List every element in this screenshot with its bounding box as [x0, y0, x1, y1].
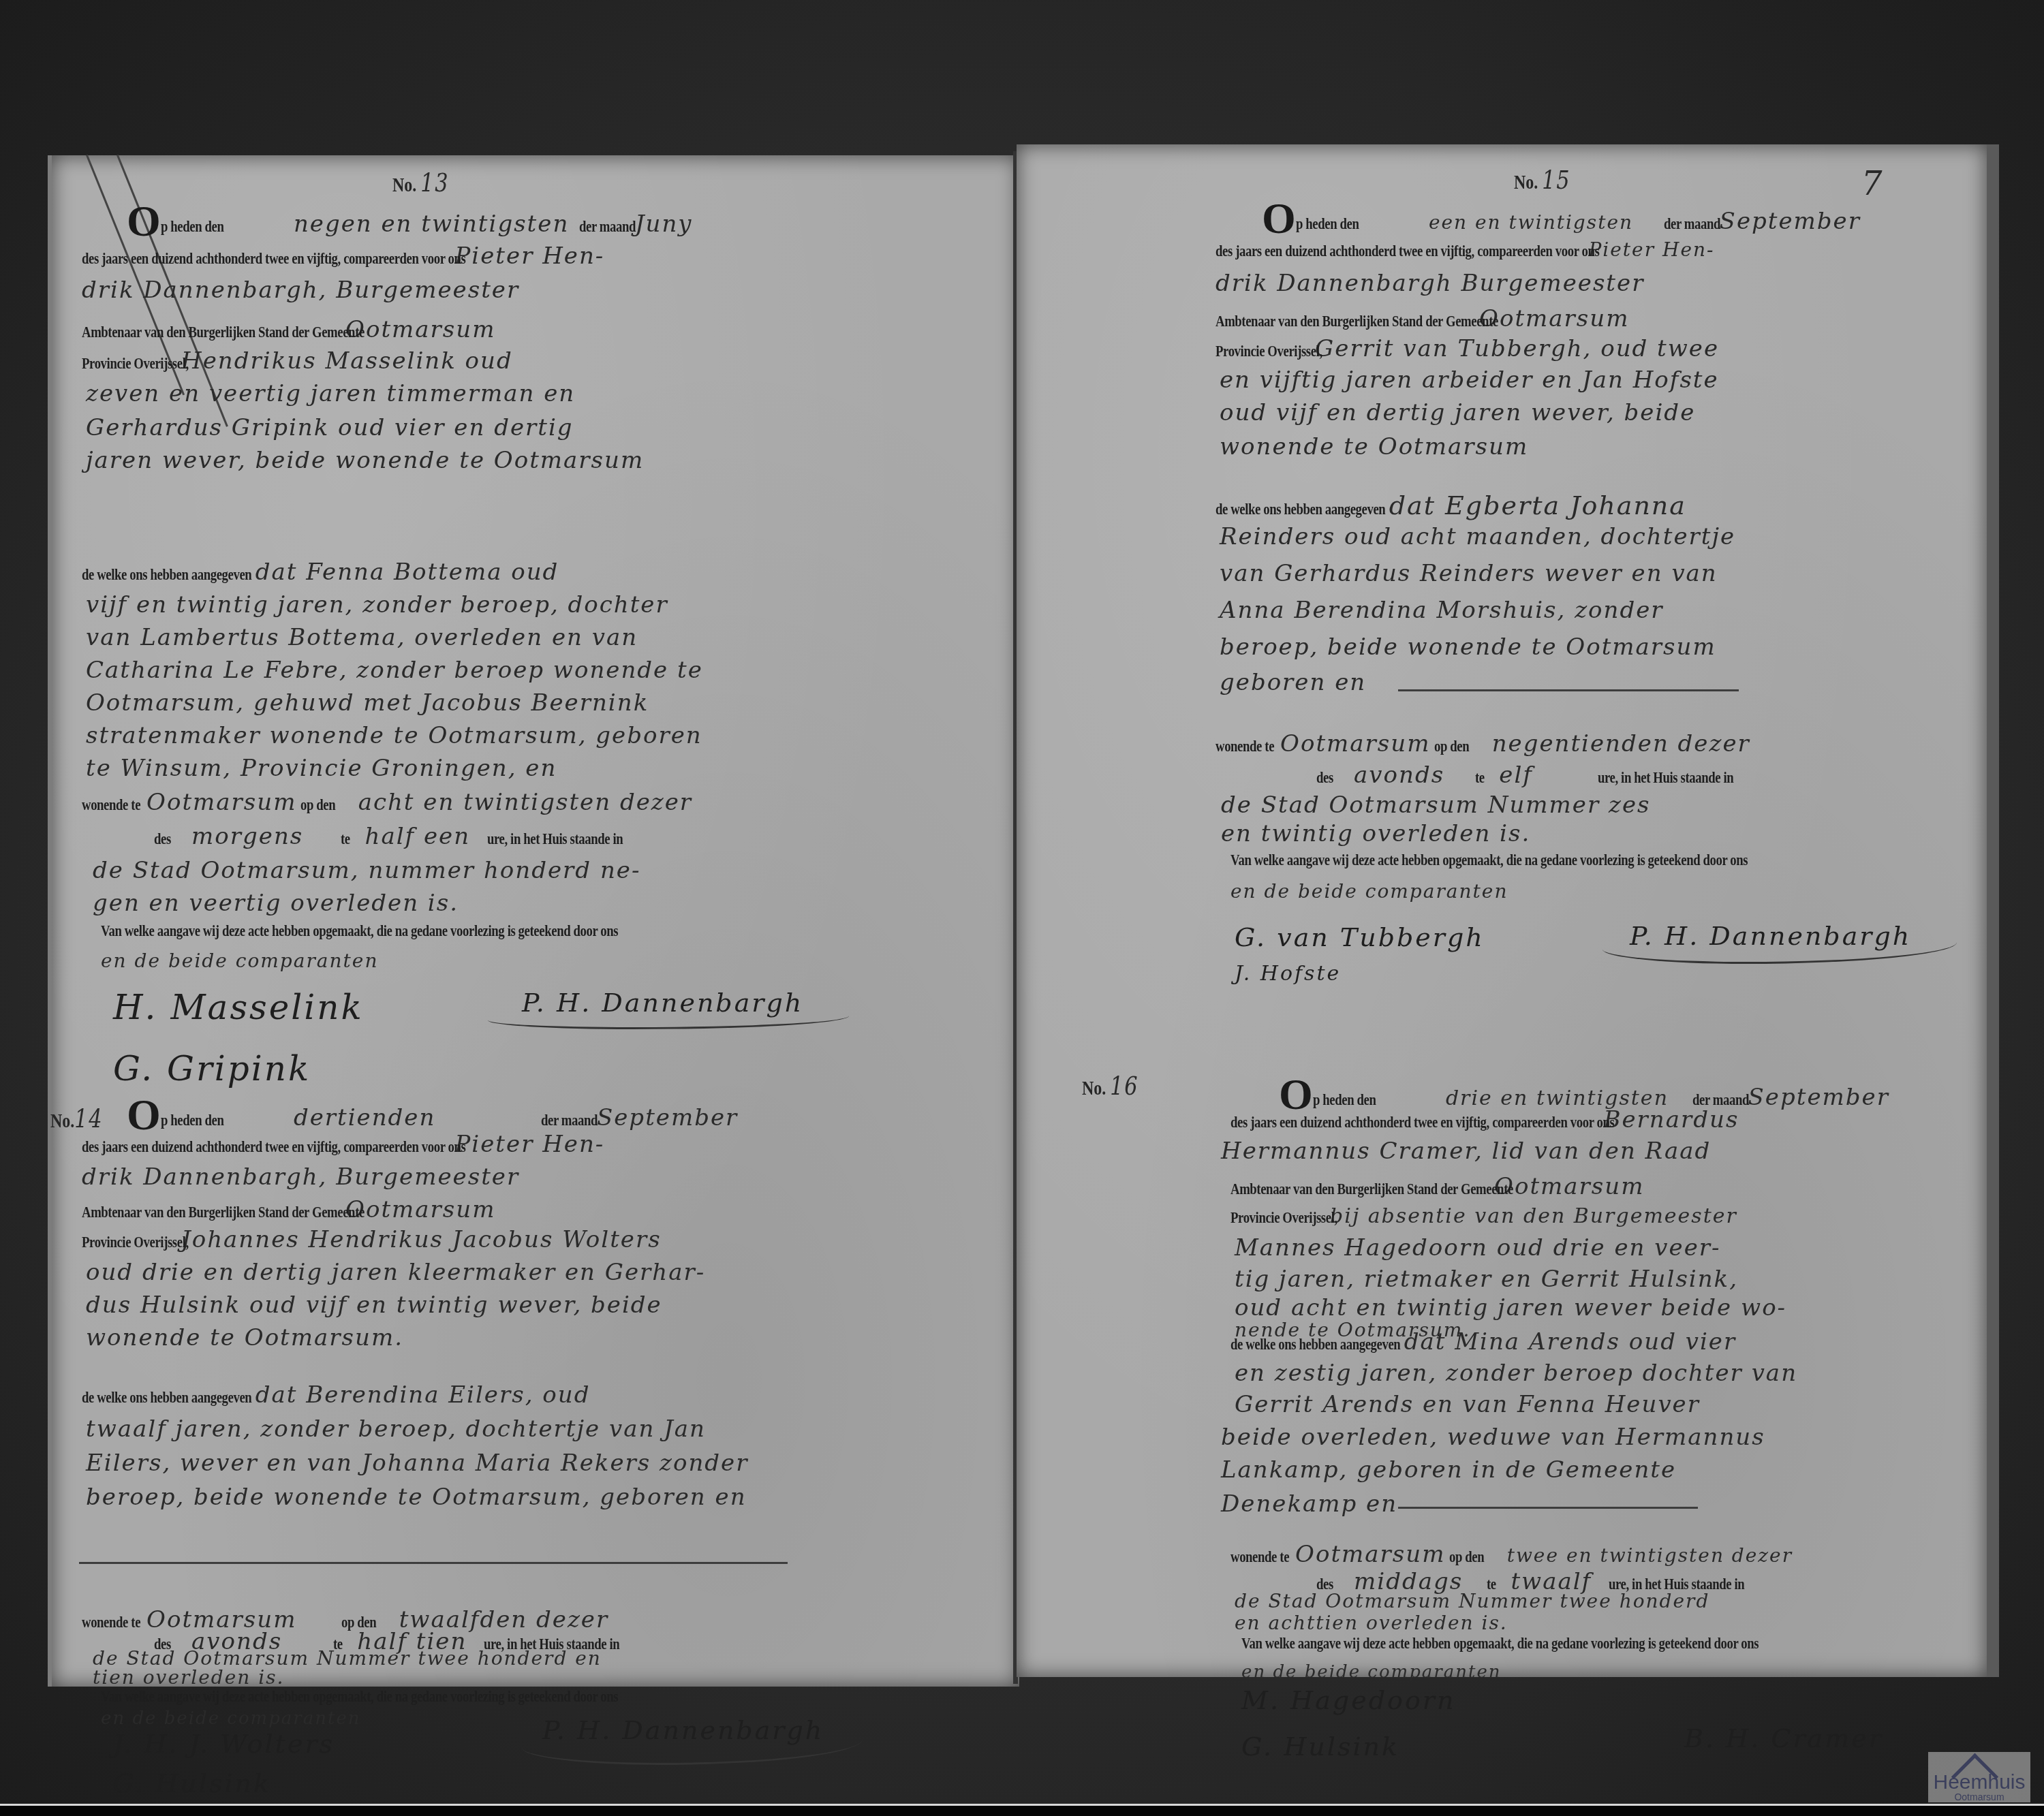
handwritten-day: negen en twintigsten: [294, 210, 569, 238]
handwritten-declaration-line: Ootmarsum, gehuwd met Jacobus Beernink: [86, 689, 649, 717]
form-line-ambtenaar: Ambtenaar van den Burgerlijken Stand der…: [1230, 1173, 1644, 1200]
handwritten-closing-note: en de beide comparanten: [1230, 880, 1508, 903]
fill-rule: [1398, 1507, 1698, 1509]
handwritten-witness-line: tig jaren, rietmaker en Gerrit Hulsink,: [1235, 1266, 1738, 1293]
handwritten-declaration-line: beroep, beide wonende te Ootmarsum, gebo…: [86, 1484, 747, 1511]
form-line-declared: de welke ons hebben aangegeven dat Beren…: [82, 1381, 590, 1409]
handwritten-official: Hermannus Cramer, lid van den Raad: [1221, 1138, 1711, 1165]
right-page: 7 No. 15 Op heden den een en twintigsten…: [1017, 144, 1999, 1677]
handwritten-declaration-line: van Lambertus Bottema, overleden en van: [86, 624, 638, 651]
form-line-ambtenaar: Ambtenaar van den Burgerlijken Stand der…: [82, 316, 495, 343]
entry-number: No.14: [50, 1103, 103, 1133]
form-line-closing: Van welke aangave wij deze acte hebben o…: [101, 922, 764, 941]
signature: H. Masselink: [113, 988, 364, 1027]
form-line-residing: wonende te Ootmarsum op den twee en twin…: [1230, 1541, 1793, 1568]
handwritten-witness-line: wonende te Ootmarsum: [1220, 433, 1528, 460]
form-line-declared: de welke ons hebben aangegeven dat Fenna…: [82, 559, 559, 586]
form-line-declared: de welke ons hebben aangegeven dat Mina …: [1230, 1328, 1736, 1356]
scan-bottom-edge: [0, 1804, 2044, 1816]
signature: J. Hofste: [1235, 962, 1341, 986]
form-line-provincie: Provincie Overijssel, bij absentie van d…: [1230, 1204, 1737, 1228]
form-line-closing: Van welke aangave wij deze acte hebben o…: [101, 1688, 764, 1706]
fill-rule: [1398, 689, 1739, 691]
handwritten-declaration-line: stratenmaker wonende te Ootmarsum, gebor…: [86, 722, 702, 749]
form-line-year: des jaars een duizend achthonderd twee e…: [82, 242, 604, 270]
form-line-year: des jaars een duizend achthonderd twee e…: [82, 1131, 604, 1158]
watermark-name: Heemhuis: [1928, 1772, 2030, 1793]
signature: G. van Tubbergh: [1235, 922, 1485, 952]
handwritten-declaration-line: twaalf jaren, zonder beroep, dochtertje …: [86, 1415, 706, 1443]
handwritten-witness-line: wonende te Ootmarsum.: [86, 1324, 403, 1351]
handwritten-witness-line: en vijftig jaren arbeider en Jan Hofste: [1220, 366, 1719, 394]
entry-number: No. 16: [1082, 1071, 1139, 1101]
handwritten-witness-line: jaren wever, beide wonende te Ootmarsum: [86, 447, 644, 474]
signature: G. Hulsink: [1241, 1732, 1399, 1762]
fill-rule: [79, 1562, 788, 1564]
handwritten-declaration-line: beroep, beide wonende te Ootmarsum: [1220, 633, 1716, 661]
signature-flourish: [1602, 928, 1957, 964]
entry-number: der maandNo. 13: [392, 168, 449, 198]
handwritten-official: drik Dannenbargh, Burgemeester: [82, 1163, 519, 1191]
form-line-residing: wonende te Ootmarsum op den acht en twin…: [82, 789, 692, 816]
handwritten-house-line: en twintig overleden is.: [1221, 820, 1530, 847]
handwritten-declaration-line: te Winsum, Provincie Groningen, en: [86, 755, 557, 782]
handwritten-house-line: en achttien overleden is.: [1235, 1612, 1508, 1634]
form-line-time: des avonds te elf ure, in het Huis staan…: [1316, 762, 1771, 789]
form-line-provincie: Provincie Overijssel, Gerrit van Tubberg…: [1215, 335, 1719, 362]
handwritten-month: Juny: [635, 210, 693, 238]
handwritten-declaration-line: Denekamp en: [1221, 1490, 1397, 1518]
handwritten-official: drik Dannenbargh, Burgemeester: [82, 277, 519, 304]
form-line-ambtenaar: Ambtenaar van den Burgerlijken Stand der…: [1215, 305, 1629, 332]
left-page: der maandNo. 13 Op heden den negen en tw…: [48, 155, 1019, 1687]
handwritten-declaration-line: geboren en: [1220, 669, 1366, 696]
form-line-provincie: Provincie Overijssel, Johannes Hendrikus…: [82, 1226, 662, 1253]
signature-registrar: B. H. Cramer: [1684, 1723, 1883, 1753]
handwritten-witness-line: Gerhardus Gripink oud vier en dertig: [86, 414, 574, 441]
form-line-declared: de welke ons hebben aangegeven dat Egber…: [1215, 490, 1686, 520]
form-line-closing: Van welke aangave wij deze acte hebben o…: [1241, 1635, 1904, 1653]
handwritten-closing-note: en de beide comparanten: [101, 950, 378, 972]
handwritten-witness-line: Mannes Hagedoorn oud drie en veer-: [1235, 1234, 1721, 1262]
handwritten-witness-line: oud acht en twintig jaren wever beide wo…: [1235, 1294, 1786, 1321]
handwritten-witness-line: oud drie en dertig jaren kleermaker en G…: [86, 1259, 705, 1286]
handwritten-declaration-line: Eilers, wever en van Johanna Maria Reker…: [86, 1450, 748, 1477]
handwritten-declaration-line: van Gerhardus Reinders wever en van: [1220, 560, 1718, 587]
handwritten-declaration-line: Reinders oud acht maanden, dochtertje: [1220, 523, 1735, 550]
handwritten-declaration-line: beide overleden, weduwe van Hermannus: [1221, 1424, 1765, 1451]
handwritten-declaration-line: Catharina Le Febre, zonder beroep wonend…: [86, 657, 703, 684]
handwritten-declaration-line: en zestig jaren, zonder beroep dochter v…: [1235, 1360, 1797, 1387]
handwritten-declaration-line: Gerrit Arends en van Fenna Heuver: [1235, 1391, 1700, 1418]
form-line-time: des morgens te half een ure, in het Huis…: [154, 823, 662, 850]
form-line-year: des jaars een duizend achthonderd twee e…: [1215, 238, 1714, 261]
form-line-ambtenaar: Ambtenaar van den Burgerlijken Stand der…: [82, 1196, 495, 1223]
form-line-residing: wonende te Ootmarsum op den negentienden…: [1215, 730, 1750, 757]
entry-number: No. 15: [1514, 165, 1570, 195]
handwritten-house-line: gen en veertig overleden is.: [93, 890, 459, 917]
handwritten-official: drik Dannenbargh Burgemeester: [1215, 270, 1644, 297]
handwritten-witness-line: zeven en veertig jaren timmerman en: [86, 380, 575, 407]
handwritten-closing-note: en de beide comparanten: [1241, 1662, 1502, 1682]
handwritten-declaration-line: Lankamp, geboren in de Gemeente: [1221, 1456, 1676, 1484]
form-line-closing: Van welke aangave wij deze acte hebben o…: [1230, 851, 1893, 870]
handwritten-witness-line: dus Hulsink oud vijf en twintig wever, b…: [86, 1291, 662, 1319]
form-line-provincie: Provincie Overijssel, Hendrikus Masselin…: [82, 347, 513, 375]
handwritten-house-line: tien overleden is.: [93, 1666, 285, 1689]
signature: G. Gripink: [113, 1049, 311, 1089]
form-line-date: Op heden den een en twintigsten der maan…: [1262, 193, 1861, 244]
form-line-year: des jaars een duizend achthonderd twee e…: [1230, 1106, 1739, 1133]
handwritten-house-line: de Stad Ootmarsum Nummer twee honderd: [1235, 1590, 1709, 1612]
handwritten-declaration-line: Anna Berendina Morshuis, zonder: [1220, 597, 1664, 624]
watermark-place: Ootmarsum: [1928, 1791, 2030, 1802]
folio-number: 7: [1861, 165, 1884, 203]
handwritten-house-line: de Stad Ootmarsum Nummer zes: [1221, 792, 1650, 819]
signature: J. H. J. Wolters: [113, 1729, 335, 1759]
handwritten-closing-note: en de beide comparanten: [101, 1708, 361, 1729]
handwritten-declaration-line: vijf en twintig jaren, zonder beroep, do…: [86, 591, 668, 619]
heemhuis-watermark: Heemhuis Ootmarsum: [1928, 1752, 2030, 1802]
form-line-date: Op heden den negen en twintigsten der ma…: [127, 196, 693, 247]
signature: M. Hagedoorn: [1241, 1685, 1455, 1715]
signature-flourish: [488, 1007, 849, 1029]
handwritten-witness-line: oud vijf en dertig jaren wever, beide: [1220, 399, 1695, 426]
signature: G. Hulsink: [113, 1768, 271, 1798]
handwritten-house-line: de Stad Ootmarsum, nummer honderd ne-: [93, 857, 640, 884]
